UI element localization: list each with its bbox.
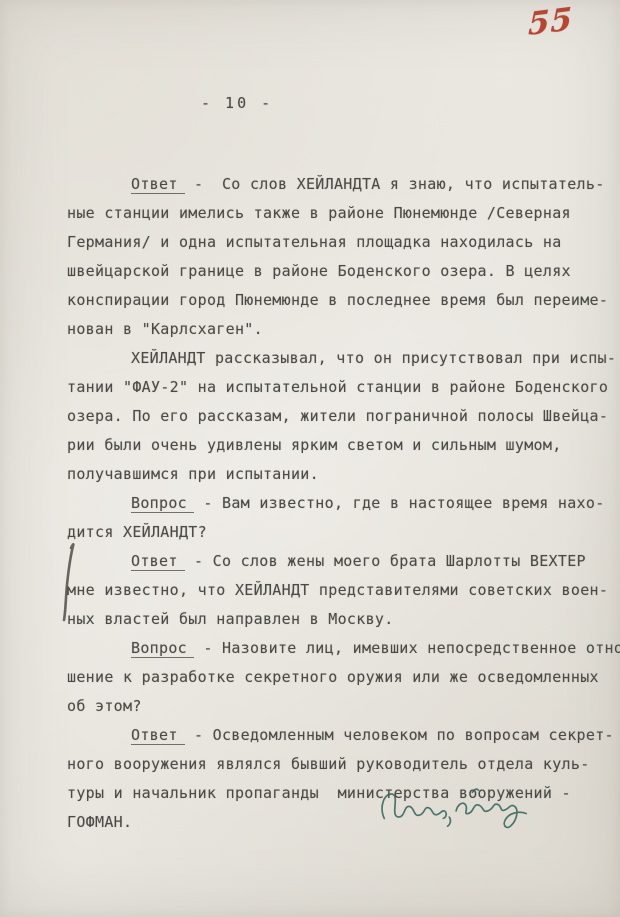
text-line: Ответ - Со слов ХЕЙЛАНДТА я знаю, что ис… [67, 170, 615, 199]
text-line: дится ХЕЙЛАНДТ? [67, 518, 615, 547]
answer-keyword: Ответ [131, 726, 185, 745]
scanned-document-page: 55 - 10 - Ответ - Со слов ХЕЙЛАНДТА я зн… [0, 0, 620, 917]
text-line-rest: - Со слов ХЕЙЛАНДТА я знаю, что испытате… [185, 175, 605, 193]
answer-keyword: Ответ [131, 552, 185, 571]
question-paragraph: Вопрос - Вам известно, где в настоящее в… [67, 489, 615, 547]
answer-paragraph: Ответ - Со слов ХЕЙЛАНДТА я знаю, что ис… [67, 170, 615, 344]
text-line: Ответ - Со слов жены моего брата Шарлотт… [67, 547, 615, 576]
text-line: озера. По его рассказам, жители погранич… [67, 402, 615, 431]
text-line: получавшимся при испытании. [67, 460, 615, 489]
text-line: ные станции имелись также в районе Пюнем… [67, 199, 615, 228]
text-line: об этом? [67, 692, 615, 721]
text-line: шение к разработке секретного оружия или… [67, 663, 615, 692]
text-line: рии были очень удивлены ярким светом и с… [67, 431, 615, 460]
text-line: ного вооружения являлся бывший руководит… [67, 750, 615, 779]
text-line: мне известно, что ХЕЙЛАНДТ представителя… [67, 576, 615, 605]
text-line-rest: - Со слов жены моего брата Шарлотты ВЕХТ… [185, 552, 586, 570]
answer-keyword: Ответ [131, 175, 185, 194]
text-line: Вопрос - Вам известно, где в настоящее в… [67, 489, 615, 518]
text-line: тании "ФАУ-2" на испытательной станции в… [67, 373, 615, 402]
question-keyword: Вопрос [131, 494, 194, 513]
text-line: Германия/ и одна испытательная площадка … [67, 228, 615, 257]
handwritten-signature [375, 777, 533, 840]
answer-paragraph: Ответ - Осведомленным человеком по вопро… [67, 721, 615, 837]
text-line: туры и начальник пропаганды министерства… [67, 779, 615, 808]
question-keyword: Вопрос [131, 639, 194, 658]
text-line-rest: - Вам известно, где в настоящее время на… [194, 494, 605, 512]
text-line: нован в "Карлсхаген". [67, 315, 615, 344]
text-line: Ответ - Осведомленным человеком по вопро… [67, 721, 615, 750]
text-line-rest: - Назовите лиц, имевших непосредственное… [194, 639, 620, 657]
text-line-rest: - Осведомленным человеком по вопросам се… [185, 726, 614, 744]
margin-pen-mark [58, 540, 82, 630]
answer-paragraph: Ответ - Со слов жены моего брата Шарлотт… [67, 547, 615, 634]
text-line: конспирации город Пюнемюнде в последнее … [67, 286, 615, 315]
question-paragraph: Вопрос - Назовите лиц, имевших непосредс… [67, 634, 615, 721]
text-line: ных властей был направлен в Москву. [67, 605, 615, 634]
text-line: ХЕЙЛАНДТ рассказывал, что он присутствов… [67, 344, 615, 373]
document-body: Ответ - Со слов ХЕЙЛАНДТА я знаю, что ис… [67, 0, 615, 837]
text-line: Вопрос - Назовите лиц, имевших непосредс… [67, 634, 615, 663]
text-line: швейцарской границе в районе Боденского … [67, 257, 615, 286]
body-paragraph: ХЕЙЛАНДТ рассказывал, что он присутствов… [67, 344, 615, 489]
